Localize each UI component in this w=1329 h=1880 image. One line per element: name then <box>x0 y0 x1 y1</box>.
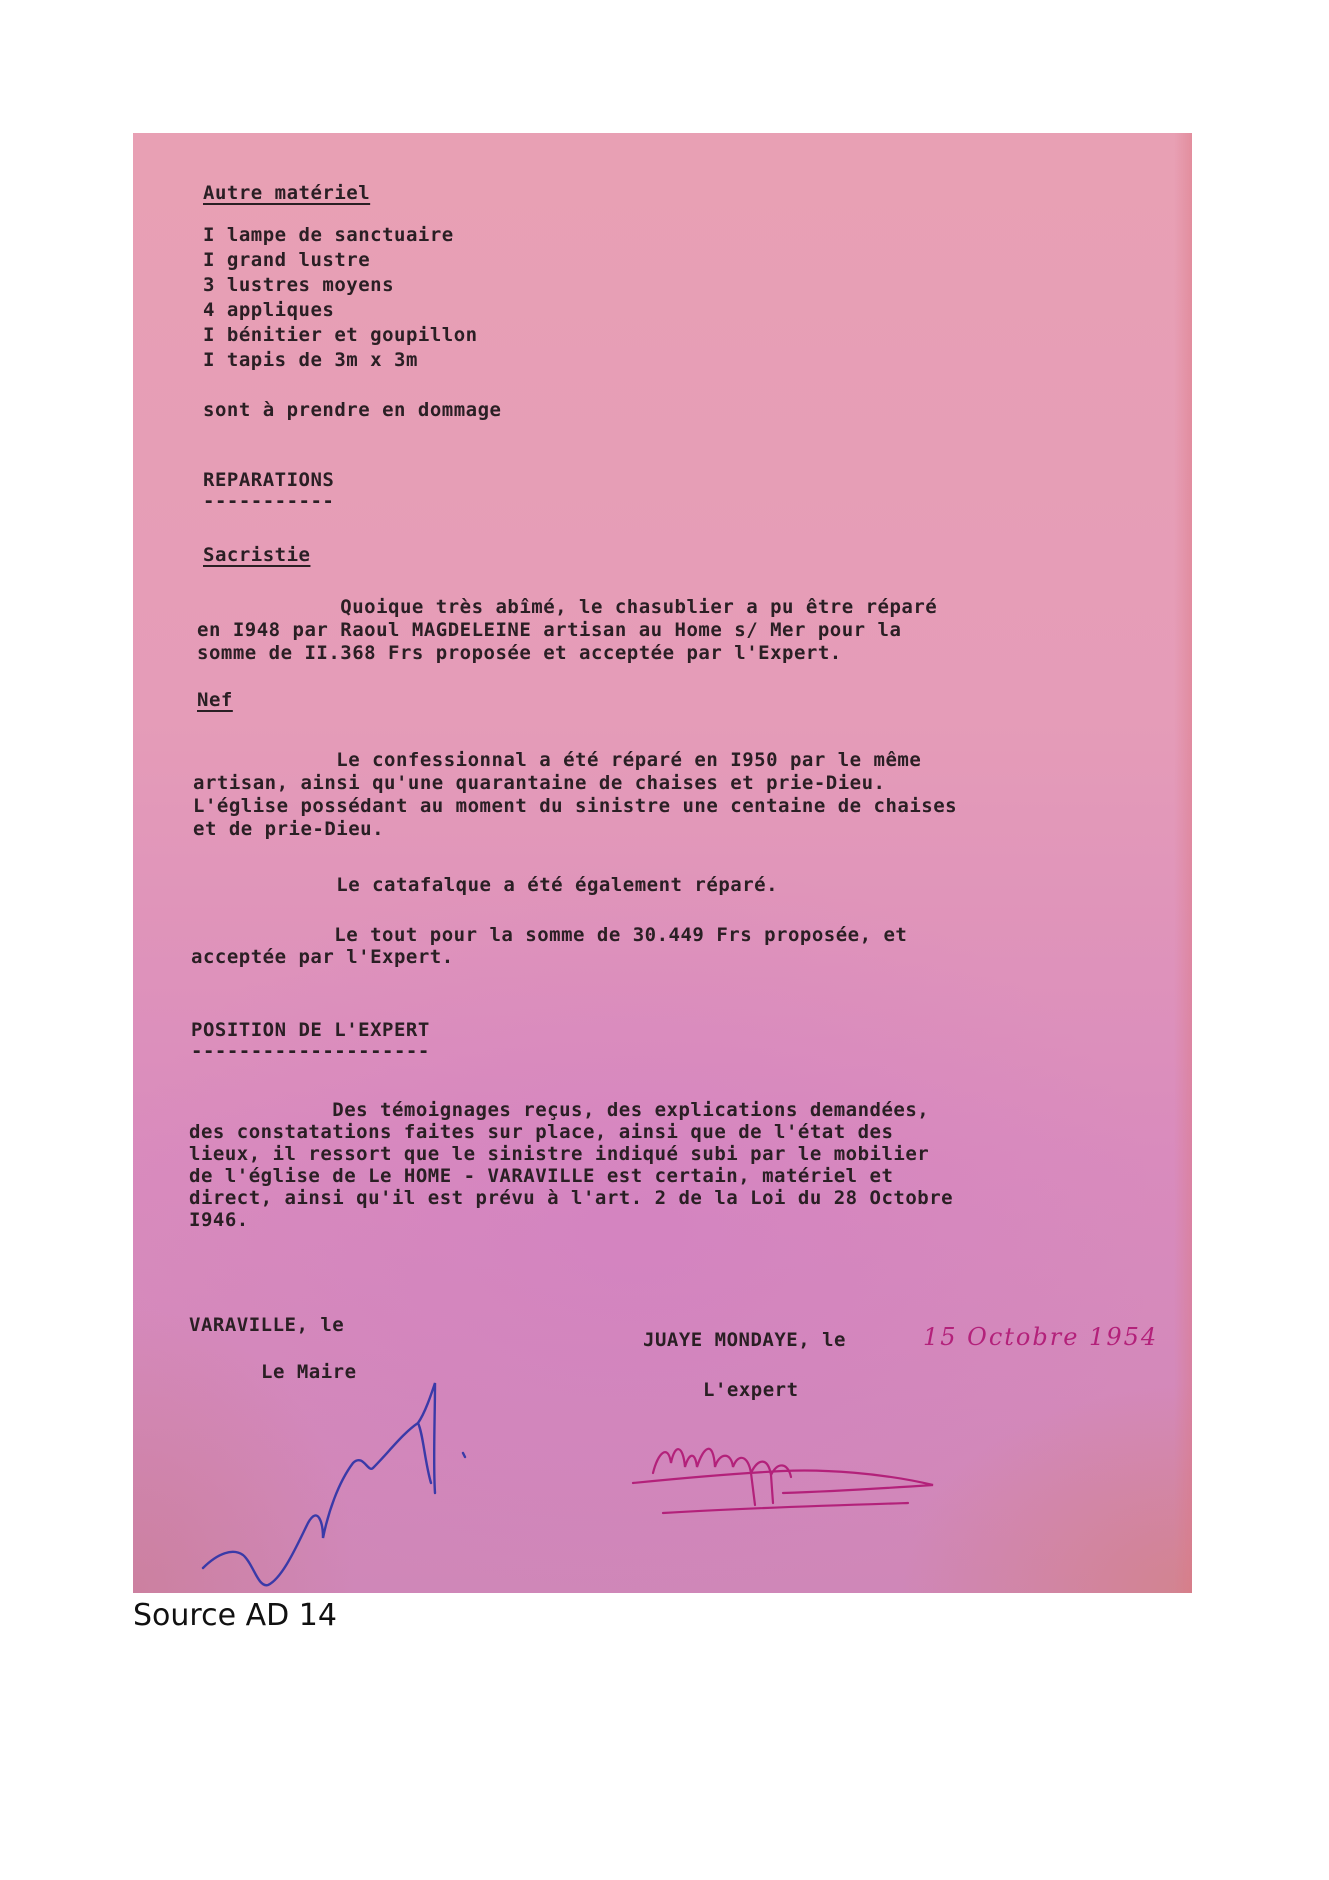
list-item: I lampe de sanctuaire <box>203 223 454 247</box>
list-item: I bénitier et goupillon <box>203 323 478 347</box>
text-line: I946. <box>189 1208 249 1232</box>
text-line: des constatations faites sur place, ains… <box>189 1120 893 1144</box>
document-photo: Autre matériel I lampe de sanctuaire I g… <box>133 133 1192 1593</box>
equipment-note: sont à prendre en dommage <box>203 398 501 422</box>
section-heading-other-equipment: Autre matériel <box>203 181 370 205</box>
text-line: direct, ainsi qu'il est prévu à l'art. 2… <box>189 1186 953 1210</box>
text-line: Des témoignages reçus, des explications … <box>189 1098 929 1122</box>
list-item: I tapis de 3m x 3m <box>203 348 418 372</box>
text-line: Le confessionnal a été réparé en I950 pa… <box>193 748 921 772</box>
text-line: acceptée par l'Expert. <box>191 945 454 969</box>
text-line: somme de II.368 Frs proposée et acceptée… <box>197 641 842 665</box>
section-heading-repairs: REPARATIONS <box>203 468 334 492</box>
text-line: artisan, ainsi qu'une quarantaine de cha… <box>193 771 885 795</box>
text-line: de l'église de Le HOME - VARAVILLE est c… <box>189 1164 893 1188</box>
nef-paragraph-2: Le catafalque a été également réparé. <box>193 873 778 897</box>
list-item: 3 lustres moyens <box>203 273 394 297</box>
subheading-sacristie: Sacristie <box>203 543 310 567</box>
list-item: 4 appliques <box>203 298 334 322</box>
text-line: L'église possédant au moment du sinistre… <box>193 794 957 818</box>
text-line: Quoique très abîmé, le chasublier a pu ê… <box>197 595 937 619</box>
list-item: I grand lustre <box>203 248 370 272</box>
source-caption: Source AD 14 <box>133 1598 337 1633</box>
text-line: lieux, il ressort que le sinistre indiqu… <box>189 1142 929 1166</box>
subheading-nef: Nef <box>197 688 233 712</box>
section-heading-expert-position: POSITION DE L'EXPERT <box>191 1018 430 1042</box>
expert-title: L'expert <box>703 1378 799 1402</box>
expert-signature-icon <box>623 1433 1043 1553</box>
text-line: Le tout pour la somme de 30.449 Frs prop… <box>191 923 907 947</box>
mayor-signature-icon <box>163 1373 563 1593</box>
heading-rule: -------------------- <box>191 1040 430 1062</box>
text-line: et de prie-Dieu. <box>193 817 384 841</box>
mayor-place-date: VARAVILLE, le <box>189 1313 344 1337</box>
handwritten-date: 15 Octobre 1954 <box>923 1323 1158 1351</box>
heading-rule: ----------- <box>203 490 334 512</box>
text-line: en I948 par Raoul MAGDELEINE artisan au … <box>197 618 901 642</box>
expert-place-date: JUAYE MONDAYE, le <box>643 1328 846 1352</box>
